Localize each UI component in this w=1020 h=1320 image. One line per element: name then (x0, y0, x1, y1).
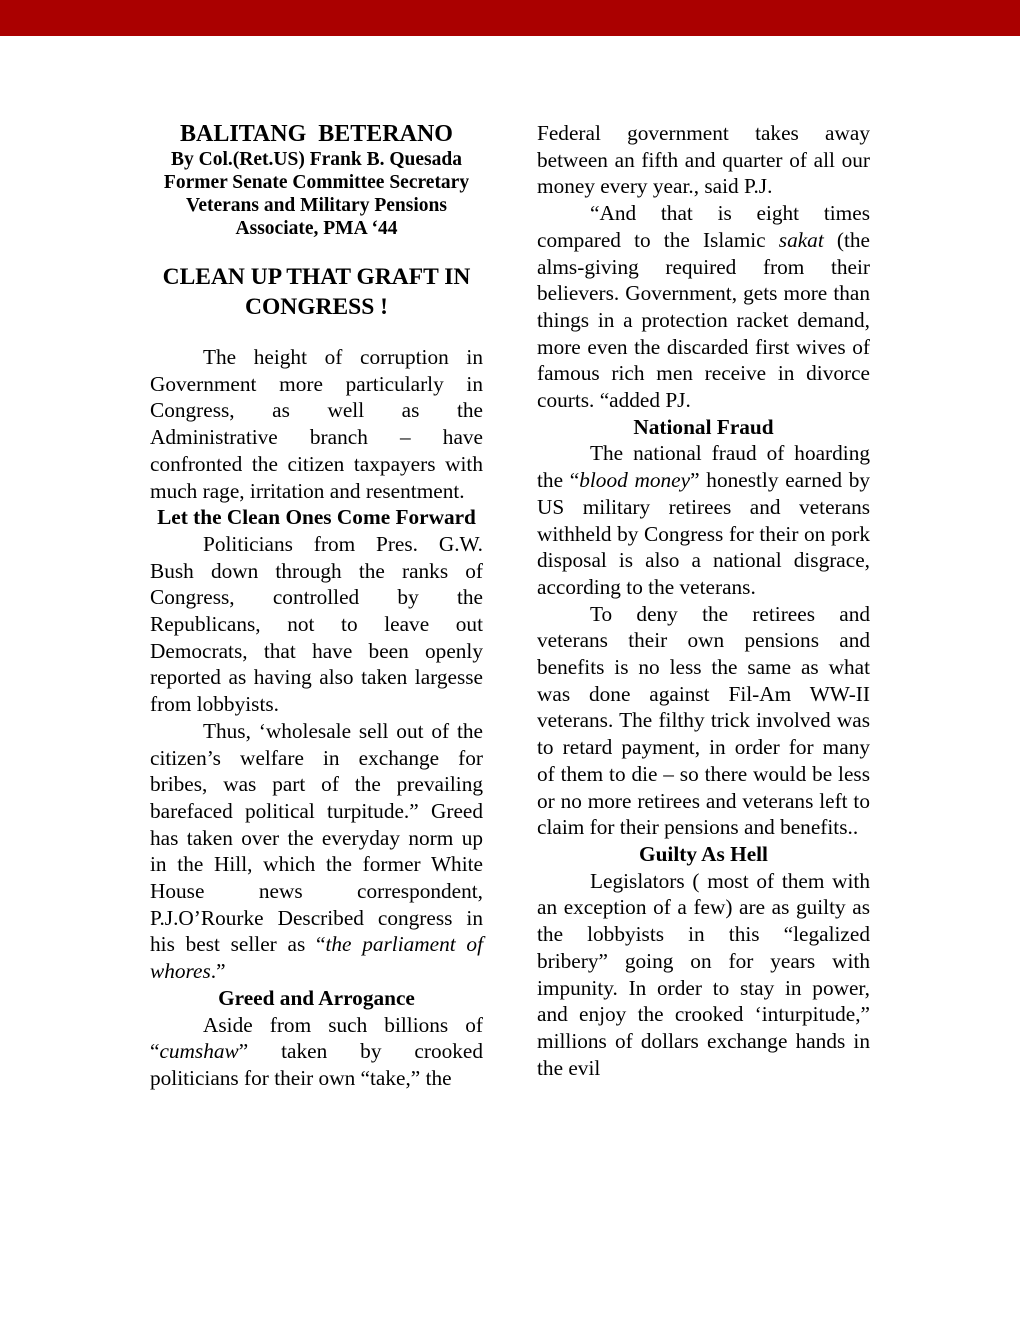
text-run: Thus, ‘wholesale sell out of the citizen… (150, 719, 483, 957)
text-run: (the alms-giving required from their bel… (537, 228, 870, 412)
italic-run: blood money (579, 468, 690, 492)
paragraph: The height of corruption in Government m… (150, 344, 483, 504)
paragraph: Federal government takes away between an… (537, 120, 870, 200)
byline-line: Associate, PMA ‘44 (150, 217, 483, 240)
article-headline: CLEAN UP THAT GRAFT IN CONGRESS ! (150, 262, 483, 322)
text-run: The height of corruption in Government m… (150, 345, 483, 503)
paragraph: Politicians from Pres. G.W. Bush down th… (150, 531, 483, 718)
text-run: .” (211, 959, 226, 983)
top-red-bar (0, 0, 1020, 36)
section-heading: Guilty As Hell (537, 841, 870, 868)
section-heading: Greed and Arrogance (150, 985, 483, 1012)
byline-line: Veterans and Military Pensions (150, 194, 483, 217)
document-page: BALITANG BETERANOBy Col.(Ret.US) Frank B… (0, 0, 1020, 1320)
paragraph: To deny the retirees and veterans their … (537, 601, 870, 841)
content-columns: BALITANG BETERANOBy Col.(Ret.US) Frank B… (0, 0, 1020, 1092)
text-run: Federal government takes away between an… (537, 121, 870, 198)
byline-line: By Col.(Ret.US) Frank B. Quesada (150, 148, 483, 171)
text-run: To deny the retirees and veterans their … (537, 602, 870, 840)
italic-run: cumshaw (159, 1039, 238, 1063)
column-right: Federal government takes away between an… (537, 120, 870, 1092)
section-heading: Let the Clean Ones Come Forward (150, 504, 483, 531)
paragraph: Legislators ( most of them with an excep… (537, 868, 870, 1082)
byline-line: Former Senate Committee Secretary (150, 171, 483, 194)
text-run: Legislators ( most of them with an excep… (537, 869, 870, 1080)
paragraph: The national fraud of hoarding the “bloo… (537, 440, 870, 600)
text-run: Politicians from Pres. G.W. Bush down th… (150, 532, 483, 716)
italic-run: sakat (779, 228, 824, 252)
article-title: BALITANG BETERANO (150, 120, 483, 148)
section-heading: National Fraud (537, 414, 870, 441)
column-left: BALITANG BETERANOBy Col.(Ret.US) Frank B… (150, 120, 483, 1092)
paragraph: “And that is eight times compared to the… (537, 200, 870, 414)
paragraph: Aside from such billions of “cumshaw” ta… (150, 1012, 483, 1092)
paragraph: Thus, ‘wholesale sell out of the citizen… (150, 718, 483, 985)
